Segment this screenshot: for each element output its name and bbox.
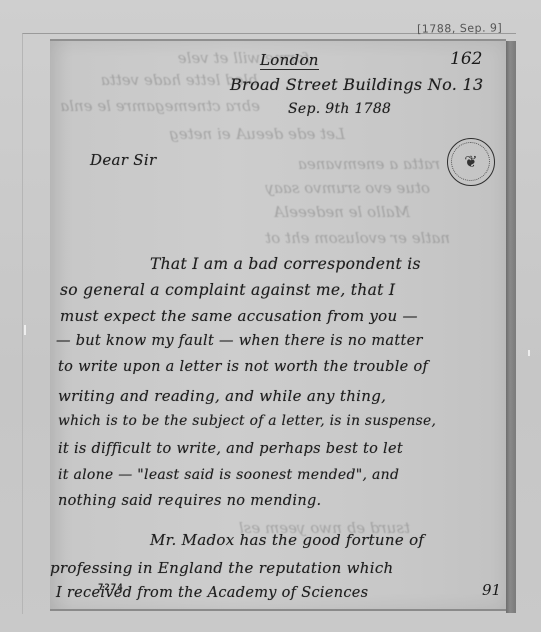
heading-date: Sep. 9th 1788: [288, 101, 391, 117]
body-line: nothing said requires no mending.: [58, 493, 321, 509]
body-line: Mr. Madox has the good fortune of: [150, 531, 424, 549]
scuff-mark: [528, 350, 530, 356]
letter-page: forme will et vele bled lette hade vetta…: [50, 39, 506, 611]
body-line: writing and reading, and while any thing…: [58, 387, 386, 405]
eagle-seal-icon: ❦: [464, 154, 477, 170]
heading-address: Broad Street Buildings No. 13: [230, 75, 483, 94]
body-line: so general a complaint against me, that …: [60, 281, 395, 299]
body-line: it alone — "least said is soonest mended…: [58, 467, 399, 483]
bleed-through-line: bled lette hade vetta: [58, 71, 258, 89]
accession-number: 7274: [98, 583, 124, 593]
body-line: which is to be the subject of a letter, …: [58, 413, 436, 429]
page-number: 91: [482, 581, 501, 599]
archive-date-note: [1788, Sep. 9]: [417, 21, 503, 35]
body-line: it is difficult to write, and perhaps be…: [58, 441, 403, 457]
folio-number: 162: [450, 49, 482, 69]
body-line: — but know my fault — when there is no m…: [56, 333, 423, 349]
bleed-through-line: Let ede deeuA ei neteg: [85, 125, 345, 143]
heading-place: London: [260, 51, 319, 69]
bleed-through-line: otue evo srumvo saay: [70, 179, 430, 197]
page-edge-shadow: [506, 41, 516, 613]
salutation: Dear Sir: [90, 151, 156, 169]
body-line: professing in England the reputation whi…: [50, 559, 394, 577]
body-line: must expect the same accusation from you…: [60, 307, 418, 325]
body-line: to write upon a letter is not worth the …: [58, 359, 428, 375]
bleed-through-line: ratta a enemvanea: [240, 155, 440, 173]
heading-place-text: London: [260, 51, 319, 70]
bleed-through-line: ebra ctnemegamre le enla: [60, 97, 260, 115]
scuff-mark: [24, 325, 26, 335]
bleed-through-line: natle er evolusom eht ot: [70, 229, 450, 247]
library-seal-stamp: ❦: [447, 138, 495, 186]
body-line: That I am a bad correspondent is: [150, 255, 421, 273]
bleed-through-line: Mallo le nedeeelA: [90, 203, 410, 221]
